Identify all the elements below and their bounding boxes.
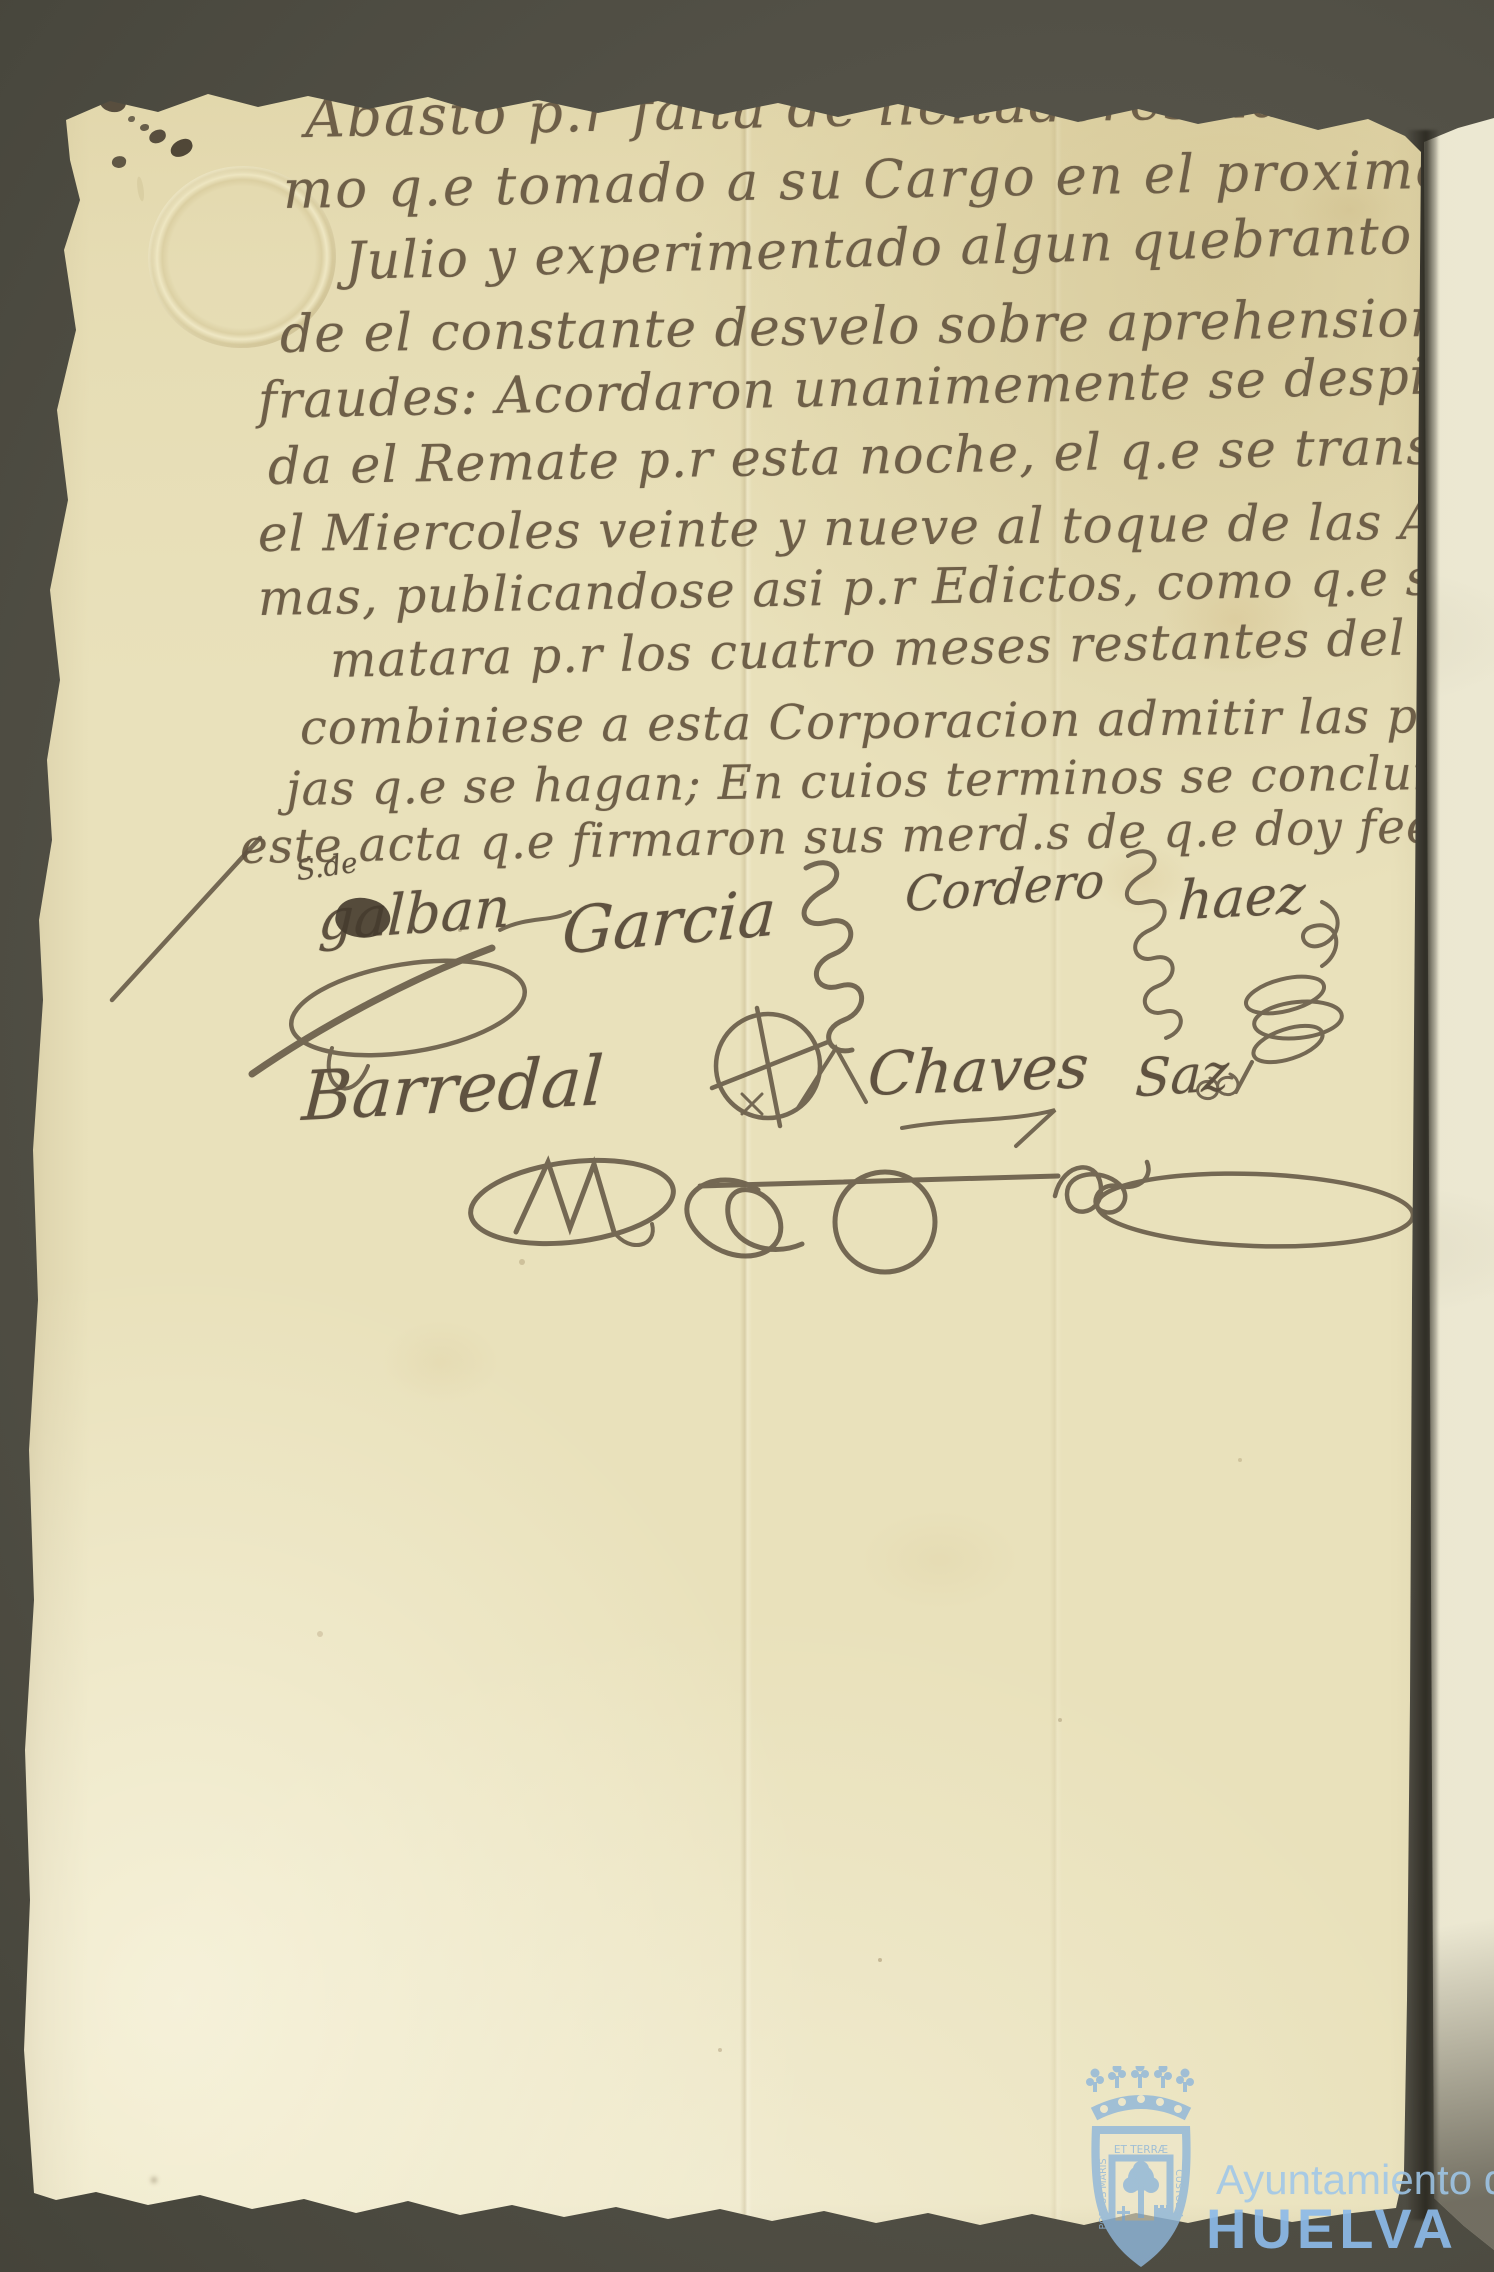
scanned-manuscript: Abasto p.r falta de licitadores haviendo… [0, 0, 1494, 2272]
signature-rubrics [0, 0, 1494, 2272]
foxing-specks [0, 0, 4, 4]
huelva-coat-of-arms: ET TERRÆ PORTUS MARIS CUSTODIA [1082, 2066, 1200, 2272]
shield-motto-top: ET TERRÆ [1114, 2144, 1168, 2156]
watermark-city-name: HUELVA [1206, 2196, 1458, 2261]
shield-motto-right: CUSTODIA [1173, 2169, 1184, 2219]
shield-motto-left: PORTUS MARIS [1098, 2158, 1109, 2229]
manuscript-page: Abasto p.r falta de licitadores haviendo… [0, 0, 1494, 2272]
